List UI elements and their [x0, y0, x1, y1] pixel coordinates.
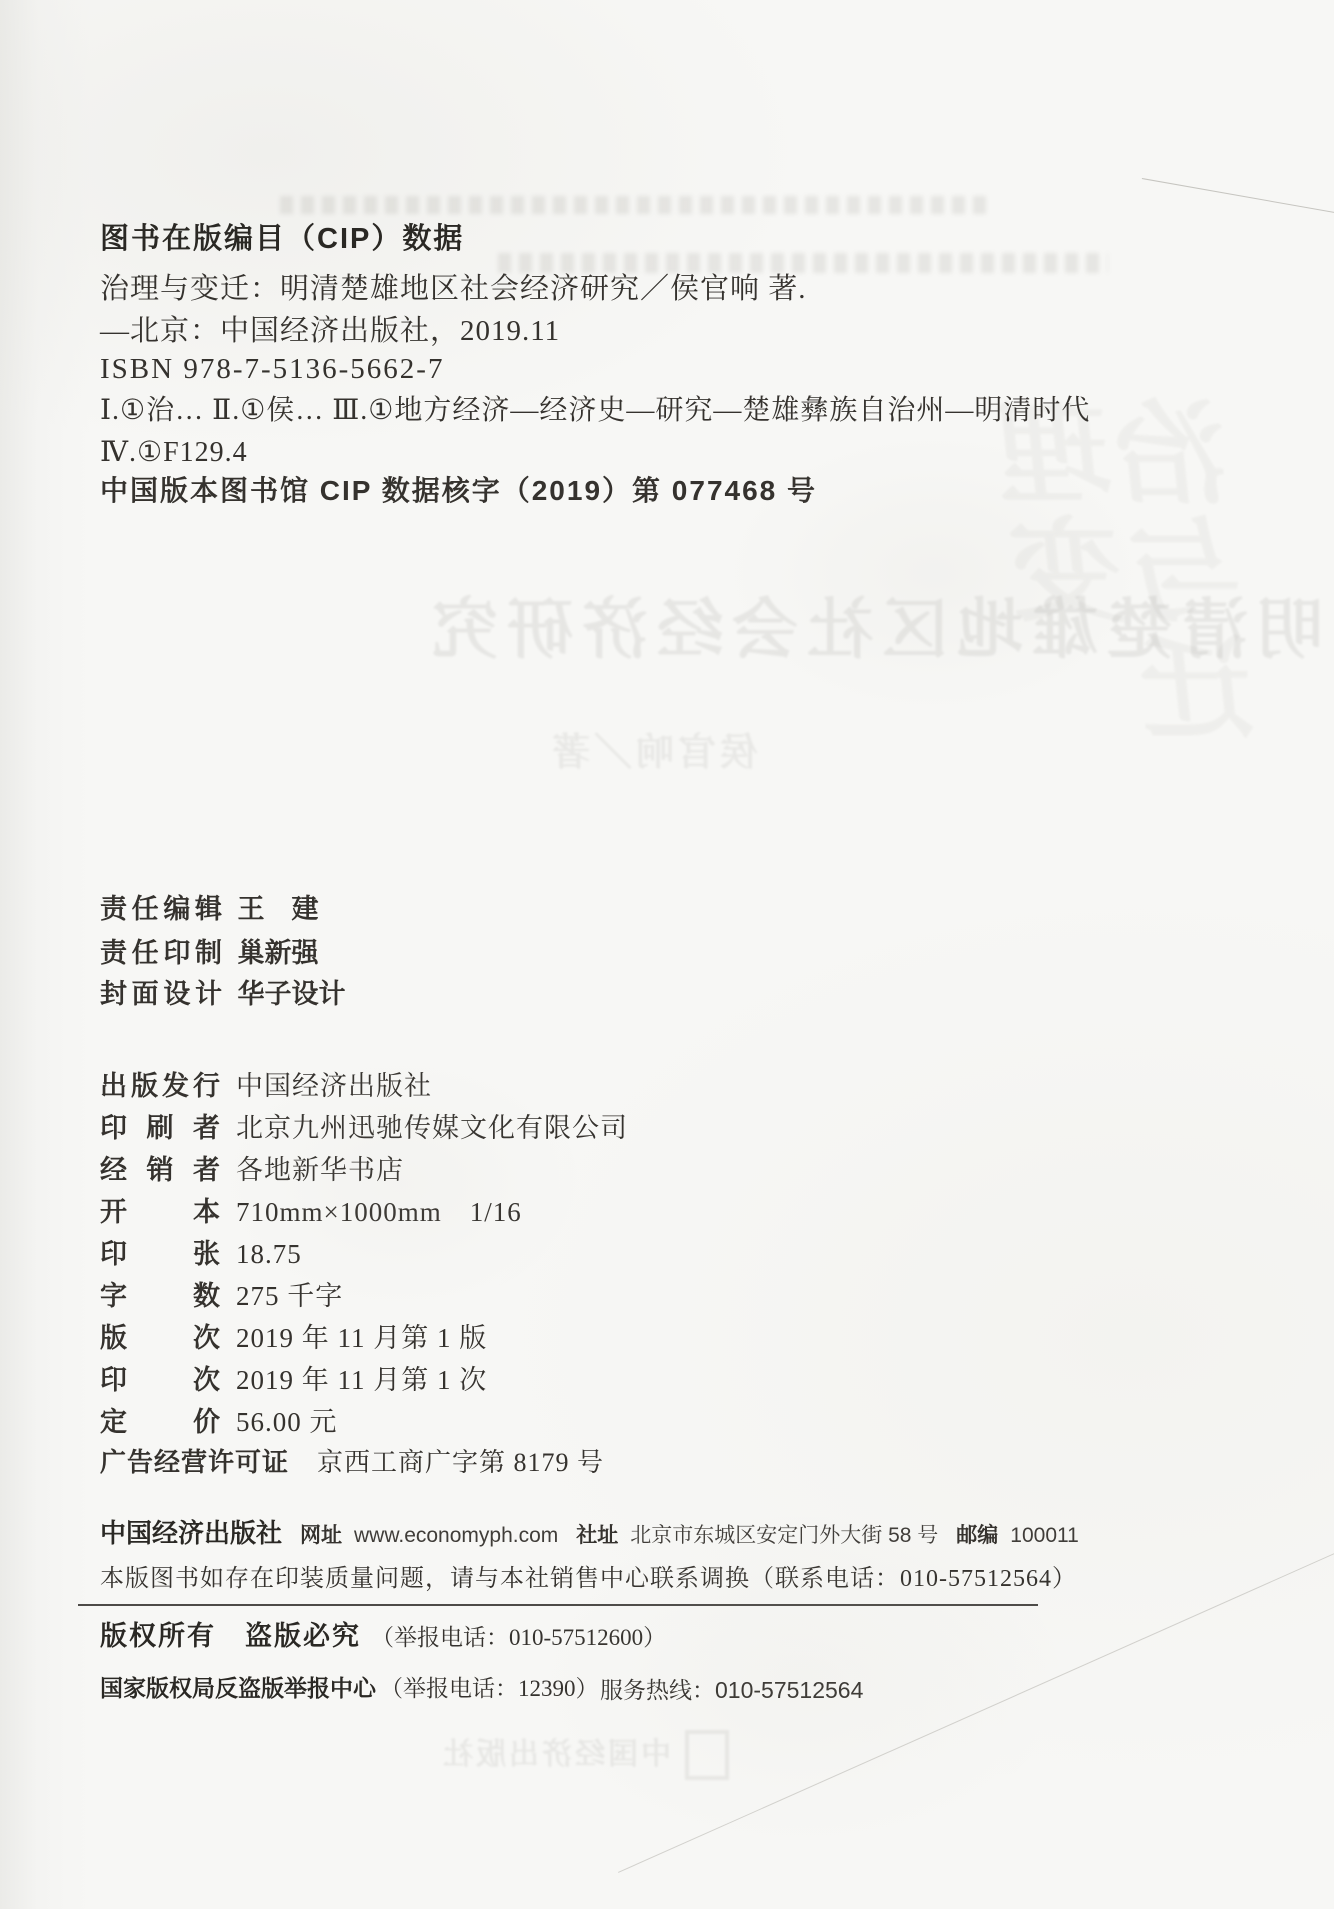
website-url: www.economyph.com — [354, 1524, 558, 1547]
colophon-row-ad-license: 广告经营许可证 京西工商广字第 8179 号 — [100, 1447, 604, 1478]
cip-imprint-line: —北京：中国经济出版社，2019.11 — [100, 314, 560, 349]
colophon-row-printing: 印次 2019 年 11 月第 1 次 — [100, 1364, 487, 1396]
colophon-label: 开本 — [100, 1196, 220, 1228]
colophon-row-edition: 版次 2019 年 11 月第 1 版 — [100, 1322, 487, 1354]
service-hotline: 服务热线：010-57512564 — [600, 1677, 863, 1705]
bleedthrough-smudge-row1 — [280, 196, 990, 214]
publisher-contact-line: 中国经济出版社 网址 www.economyph.com 社址 北京市东城区安定… — [100, 1518, 1079, 1549]
staff-row-cover-design: 封面设计 华子设计 — [100, 978, 346, 1010]
colophon-row-format: 开本 710mm×1000mm 1/16 — [100, 1196, 522, 1228]
colophon-value: 18.75 — [236, 1238, 302, 1270]
copyright-notice-line: 版权所有 盗版必究 （举报电话：010-57512600） — [100, 1620, 666, 1652]
colophon-value: 2019 年 11 月第 1 次 — [236, 1364, 487, 1396]
bleedthrough-publisher-imprint: 中国经济出版社 — [440, 1730, 729, 1780]
colophon-row-sheets: 印张 18.75 — [100, 1238, 302, 1270]
address-label: 社址 — [576, 1524, 618, 1547]
colophon-label: 印刷者 — [100, 1112, 220, 1144]
colophon-label: 定价 — [100, 1406, 220, 1438]
cip-isbn-line: ISBN 978-7-5136-5662-7 — [100, 352, 444, 387]
zip-label: 邮编 — [956, 1524, 998, 1547]
colophon-value: 2019 年 11 月第 1 版 — [236, 1322, 487, 1354]
colophon-label: 经销者 — [100, 1154, 220, 1186]
colophon-value: 北京九州迅驰传媒文化有限公司 — [236, 1112, 628, 1144]
colophon-row-publisher: 出版发行 中国经济出版社 — [100, 1070, 432, 1102]
piracy-report-phone: （举报电话：12390） — [380, 1676, 599, 1701]
colophon-row-price: 定价 56.00 元 — [100, 1406, 338, 1438]
website-label: 网址 — [300, 1524, 342, 1547]
colophon-row-distributor: 经销者 各地新华书店 — [100, 1154, 404, 1186]
colophon-row-wordcount: 字数 275 千字 — [100, 1280, 343, 1312]
colophon-value: 各地新华书店 — [236, 1154, 404, 1186]
scan-crease-top — [1142, 178, 1334, 214]
colophon-label: 印张 — [100, 1238, 220, 1270]
bleedthrough-calligraphy-title: 治理与变迁 — [901, 398, 1258, 751]
address-value: 北京市东城区安定门外大街 58 号 — [630, 1524, 938, 1547]
staff-label: 封面设计 — [100, 978, 222, 1010]
staff-label: 责任印制 — [100, 937, 222, 969]
cip-heading: 图书在版编目（CIP）数据 — [100, 222, 464, 257]
colophon-value: 中国经济出版社 — [236, 1070, 432, 1102]
colophon-value: 710mm×1000mm 1/16 — [236, 1196, 522, 1228]
copyright-report-phone: （举报电话：010-57512600） — [371, 1625, 666, 1650]
colophon-label: 印次 — [100, 1364, 220, 1396]
staff-value: 巢新强 — [238, 937, 319, 969]
staff-value: 华子设计 — [238, 978, 346, 1010]
bleedthrough-subtitle: 明清楚雄地区社会经济研究 — [388, 590, 1323, 669]
copyright-notice: 版权所有 盗版必究 — [100, 1621, 361, 1651]
divider-rule — [78, 1604, 1038, 1606]
colophon-label: 字数 — [100, 1280, 220, 1312]
anti-piracy-line: 国家版权局反盗版举报中心 （举报电话：12390） — [100, 1675, 599, 1703]
colophon-value: 56.00 元 — [236, 1406, 338, 1438]
colophon-value: 275 千字 — [236, 1280, 343, 1312]
license-value: 京西工商广字第 8179 号 — [317, 1447, 604, 1478]
publisher-logo-icon — [685, 1730, 729, 1780]
staff-label: 责任编辑 — [100, 893, 222, 925]
staff-value: 王 建 — [238, 893, 319, 925]
quality-exchange-note: 本版图书如存在印装质量问题，请与本社销售中心联系调换（联系电话：010-5751… — [100, 1565, 1077, 1594]
license-label: 广告经营许可证 — [100, 1447, 289, 1478]
staff-row-editor: 责任编辑 王 建 — [100, 893, 319, 925]
publisher-name: 中国经济出版社 — [100, 1519, 282, 1548]
bleedthrough-smudge-row2 — [498, 253, 1108, 273]
cip-classification-line1: Ⅰ.①治… Ⅱ.①侯… Ⅲ.①地方经济—经济史—研究—楚雄彝族自治州—明清时代 — [100, 394, 1090, 428]
zip-value: 100011 — [1010, 1524, 1079, 1547]
cip-title-line: 治理与变迁：明清楚雄地区社会经济研究／侯官响 著. — [100, 272, 807, 307]
scan-crease-bottom — [618, 1551, 1334, 1873]
colophon-label: 版次 — [100, 1322, 220, 1354]
cip-record-number-line: 中国版本图书馆 CIP 数据核字（2019）第 077468 号 — [100, 474, 817, 508]
bleedthrough-publisher-name: 中国经济出版社 — [440, 1737, 671, 1773]
colophon-label: 出版发行 — [100, 1070, 220, 1102]
colophon-row-printer: 印刷者 北京九州迅驰传媒文化有限公司 — [100, 1112, 628, 1144]
bleedthrough-author: 侯官响／著 — [548, 731, 758, 777]
cip-classification-line2: Ⅳ.①F129.4 — [100, 436, 248, 470]
staff-row-print-supervisor: 责任印制 巢新强 — [100, 937, 319, 969]
book-copyright-page: 治理与变迁 明清楚雄地区社会经济研究 侯官响／著 中国经济出版社 图书在版编目（… — [0, 0, 1334, 1909]
piracy-center-name: 国家版权局反盗版举报中心 — [100, 1675, 376, 1701]
